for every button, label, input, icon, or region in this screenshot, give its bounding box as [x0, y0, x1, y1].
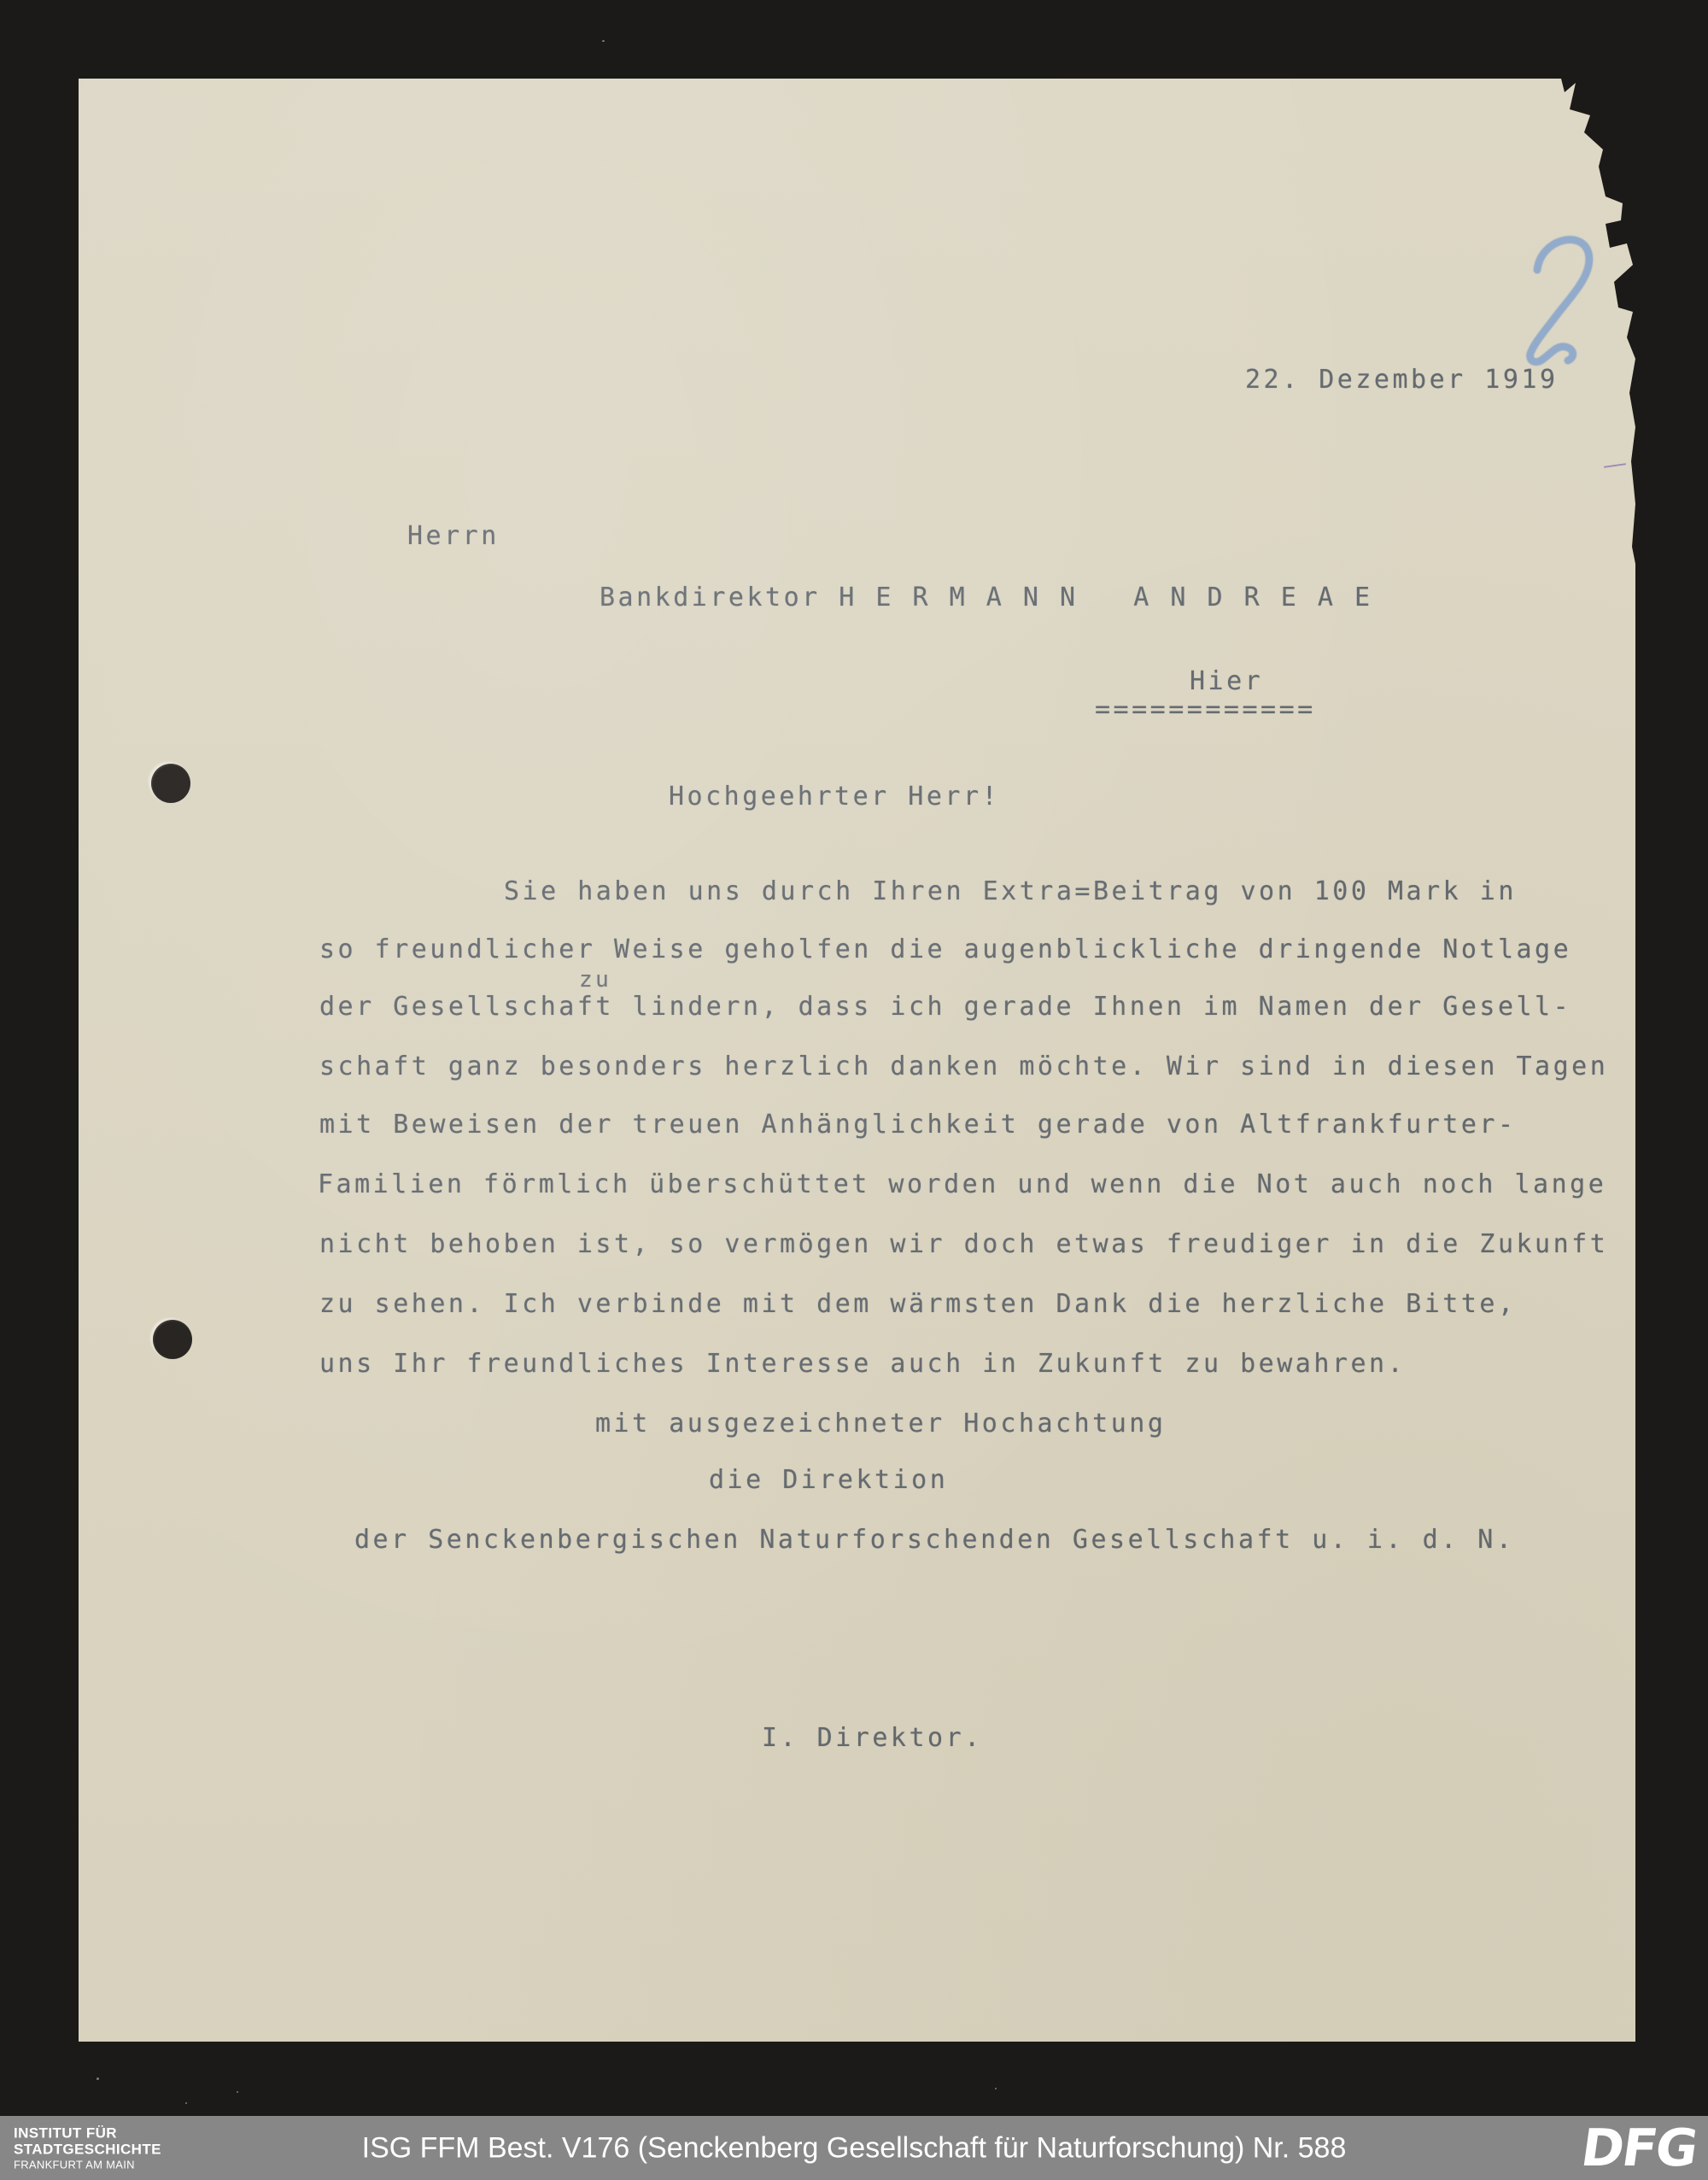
recipient-city: Hier [1190, 667, 1263, 696]
signature-line: I. Direktor. [762, 1724, 983, 1753]
handwritten-page-number: 2 [1512, 226, 1606, 371]
isg-logo: INSTITUT FÜR STADTGESCHICHTE FRANKFURT A… [14, 2124, 161, 2171]
closing-line: der Senckenbergischen Naturforschenden G… [354, 1526, 1514, 1555]
body-line: Sie haben uns durch Ihren Extra=Beitrag … [504, 877, 1517, 906]
dust-speck [237, 2091, 238, 2093]
dust-speck [602, 40, 605, 42]
body-line: der Gesellschaft lindern, dass ich gerad… [319, 993, 1571, 1022]
salutation: Hochgeehrter Herr! [669, 782, 1000, 812]
recipient-title: Herrn [407, 522, 500, 551]
dust-speck [185, 2102, 187, 2104]
body-line: schaft ganz besonders herzlich danken mö… [319, 1052, 1608, 1081]
dfg-logo: DFG [1577, 2118, 1700, 2178]
body-line: uns Ihr freundliches Interesse auch in Z… [319, 1350, 1406, 1379]
interlinear-insertion: zu [579, 965, 611, 994]
stray-pen-mark [1604, 463, 1626, 468]
archive-reference: ISG FFM Best. V176 (Senckenberg Gesellsc… [362, 2131, 1347, 2165]
date-line: 22. Dezember 1919 [1245, 366, 1559, 395]
body-line: Familien förmlich überschüttet worden un… [318, 1170, 1606, 1199]
dust-speck [995, 2088, 997, 2089]
closing-line: mit ausgezeichneter Hochachtung [595, 1409, 1166, 1439]
city-underline: ============ [1095, 695, 1316, 724]
scanned-letter-page: 2 22. Dezember 1919 Herrn Bankdirektor H… [0, 0, 1708, 2180]
punch-hole [151, 764, 190, 803]
isg-logo-line: FRANKFURT AM MAIN [14, 2159, 161, 2171]
body-line: zu sehen. Ich verbinde mit dem wärmsten … [319, 1290, 1517, 1319]
body-line: mit Beweisen der treuen Anhänglichkeit g… [319, 1111, 1517, 1140]
isg-logo-line: INSTITUT FÜR [14, 2124, 161, 2141]
isg-logo-line: STADTGESCHICHTE [14, 2141, 161, 2157]
body-line: nicht behoben ist, so vermögen wir doch … [319, 1230, 1608, 1259]
letter-paper: 2 22. Dezember 1919 Herrn Bankdirektor H… [79, 79, 1635, 2042]
dust-speck [97, 2077, 99, 2080]
punch-hole [153, 1320, 192, 1359]
recipient-name: Bankdirektor H E R M A N N A N D R E A E [600, 583, 1373, 612]
closing-line: die Direktion [709, 1466, 948, 1495]
body-line: so freundlicher Weise geholfen die augen… [319, 935, 1571, 964]
archive-credit-bar: INSTITUT FÜR STADTGESCHICHTE FRANKFURT A… [0, 2116, 1708, 2180]
